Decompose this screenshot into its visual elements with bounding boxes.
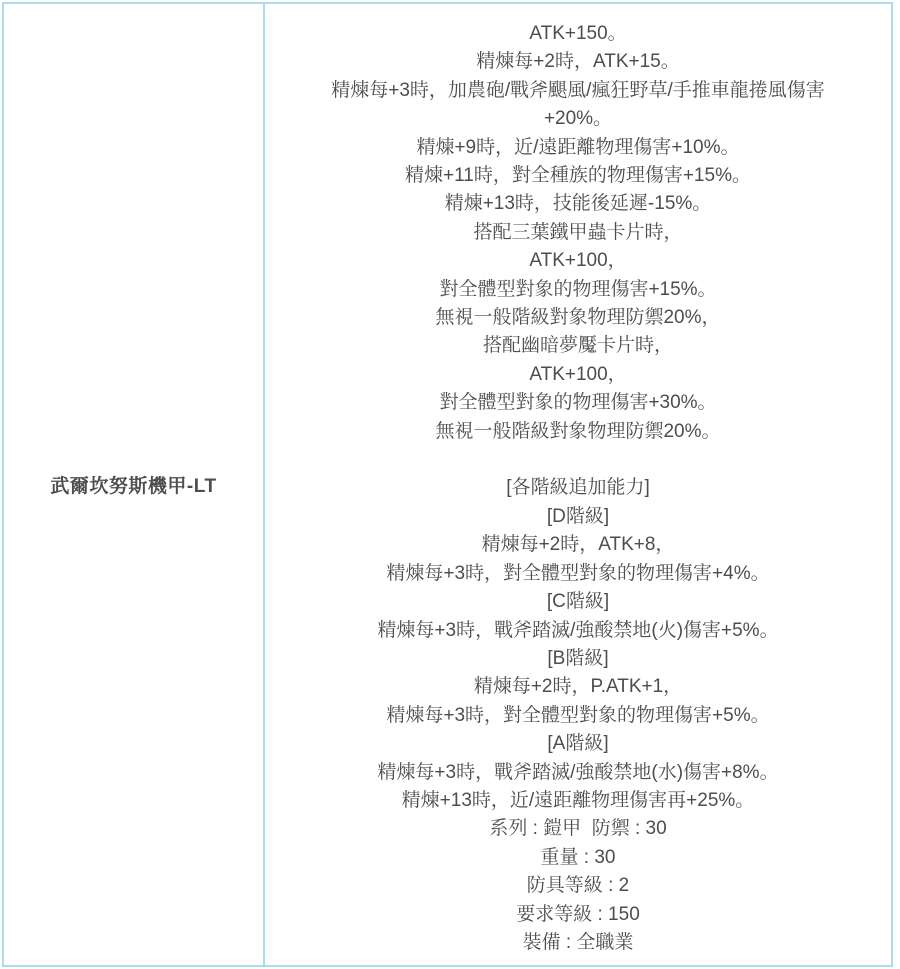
description-line: 精煉每+2時，ATK+15。 (269, 48, 887, 76)
description-line: 搭配幽暗夢魘卡片時， (269, 332, 887, 360)
description-line: [B階級] (269, 645, 887, 673)
description-line: [各階級追加能力] (269, 474, 887, 502)
description-line: 精煉每+3時，戰斧踏滅/強酸禁地(水)傷害+8%。 (269, 759, 887, 787)
item-table: 武爾坎努斯機甲-LT ATK+150。精煉每+2時，ATK+15。精煉每+3時，… (2, 2, 893, 967)
description-line: 精煉+9時，近/遠距離物理傷害+10%。 (269, 134, 887, 162)
description-line: 精煉每+3時，加農砲/戰斧颶風/瘋狂野草/手推車龍捲風傷害 (269, 77, 887, 105)
item-description: ATK+150。精煉每+2時，ATK+15。精煉每+3時，加農砲/戰斧颶風/瘋狂… (265, 4, 891, 965)
description-line: ATK+150。 (269, 20, 887, 48)
description-line: 精煉每+2時，ATK+8， (269, 531, 887, 559)
description-line: 對全體型對象的物理傷害+30%。 (269, 389, 887, 417)
description-line: 搭配三葉鐵甲蟲卡片時， (269, 219, 887, 247)
description-line: 精煉每+3時，戰斧踏滅/強酸禁地(火)傷害+5%。 (269, 617, 887, 645)
description-line: 系列 : 鎧甲 防禦 : 30 (269, 815, 887, 843)
description-line: [D階級] (269, 503, 887, 531)
description-line: 精煉+13時，近/遠距離物理傷害再+25%。 (269, 787, 887, 815)
description-line: 無視一般階級對象物理防禦20%。 (269, 418, 887, 446)
item-name: 武爾坎努斯機甲-LT (50, 471, 216, 498)
description-line: 精煉+13時，技能後延遲-15%。 (269, 190, 887, 218)
description-line: 精煉+11時，對全種族的物理傷害+15%。 (269, 162, 887, 190)
description-line: 重量 : 30 (269, 844, 887, 872)
item-name-cell: 武爾坎努斯機甲-LT (4, 4, 265, 965)
description-line: 精煉每+3時，對全體型對象的物理傷害+4%。 (269, 560, 887, 588)
description-line: 無視一般階級對象物理防禦20%， (269, 304, 887, 332)
page: 武爾坎努斯機甲-LT ATK+150。精煉每+2時，ATK+15。精煉每+3時，… (0, 0, 900, 969)
description-line: [A階級] (269, 730, 887, 758)
description-line: 裝備 : 全職業 (269, 929, 887, 957)
description-line: [C階級] (269, 588, 887, 616)
description-line: ATK+100， (269, 361, 887, 389)
description-line: +20%。 (269, 105, 887, 133)
description-line (269, 446, 887, 474)
description-line: 對全體型對象的物理傷害+15%。 (269, 276, 887, 304)
description-line: 精煉每+3時，對全體型對象的物理傷害+5%。 (269, 702, 887, 730)
description-line: 精煉每+2時，P.ATK+1， (269, 673, 887, 701)
description-line: ATK+100， (269, 247, 887, 275)
description-line: 防具等級 : 2 (269, 872, 887, 900)
description-line: 要求等級 : 150 (269, 901, 887, 929)
